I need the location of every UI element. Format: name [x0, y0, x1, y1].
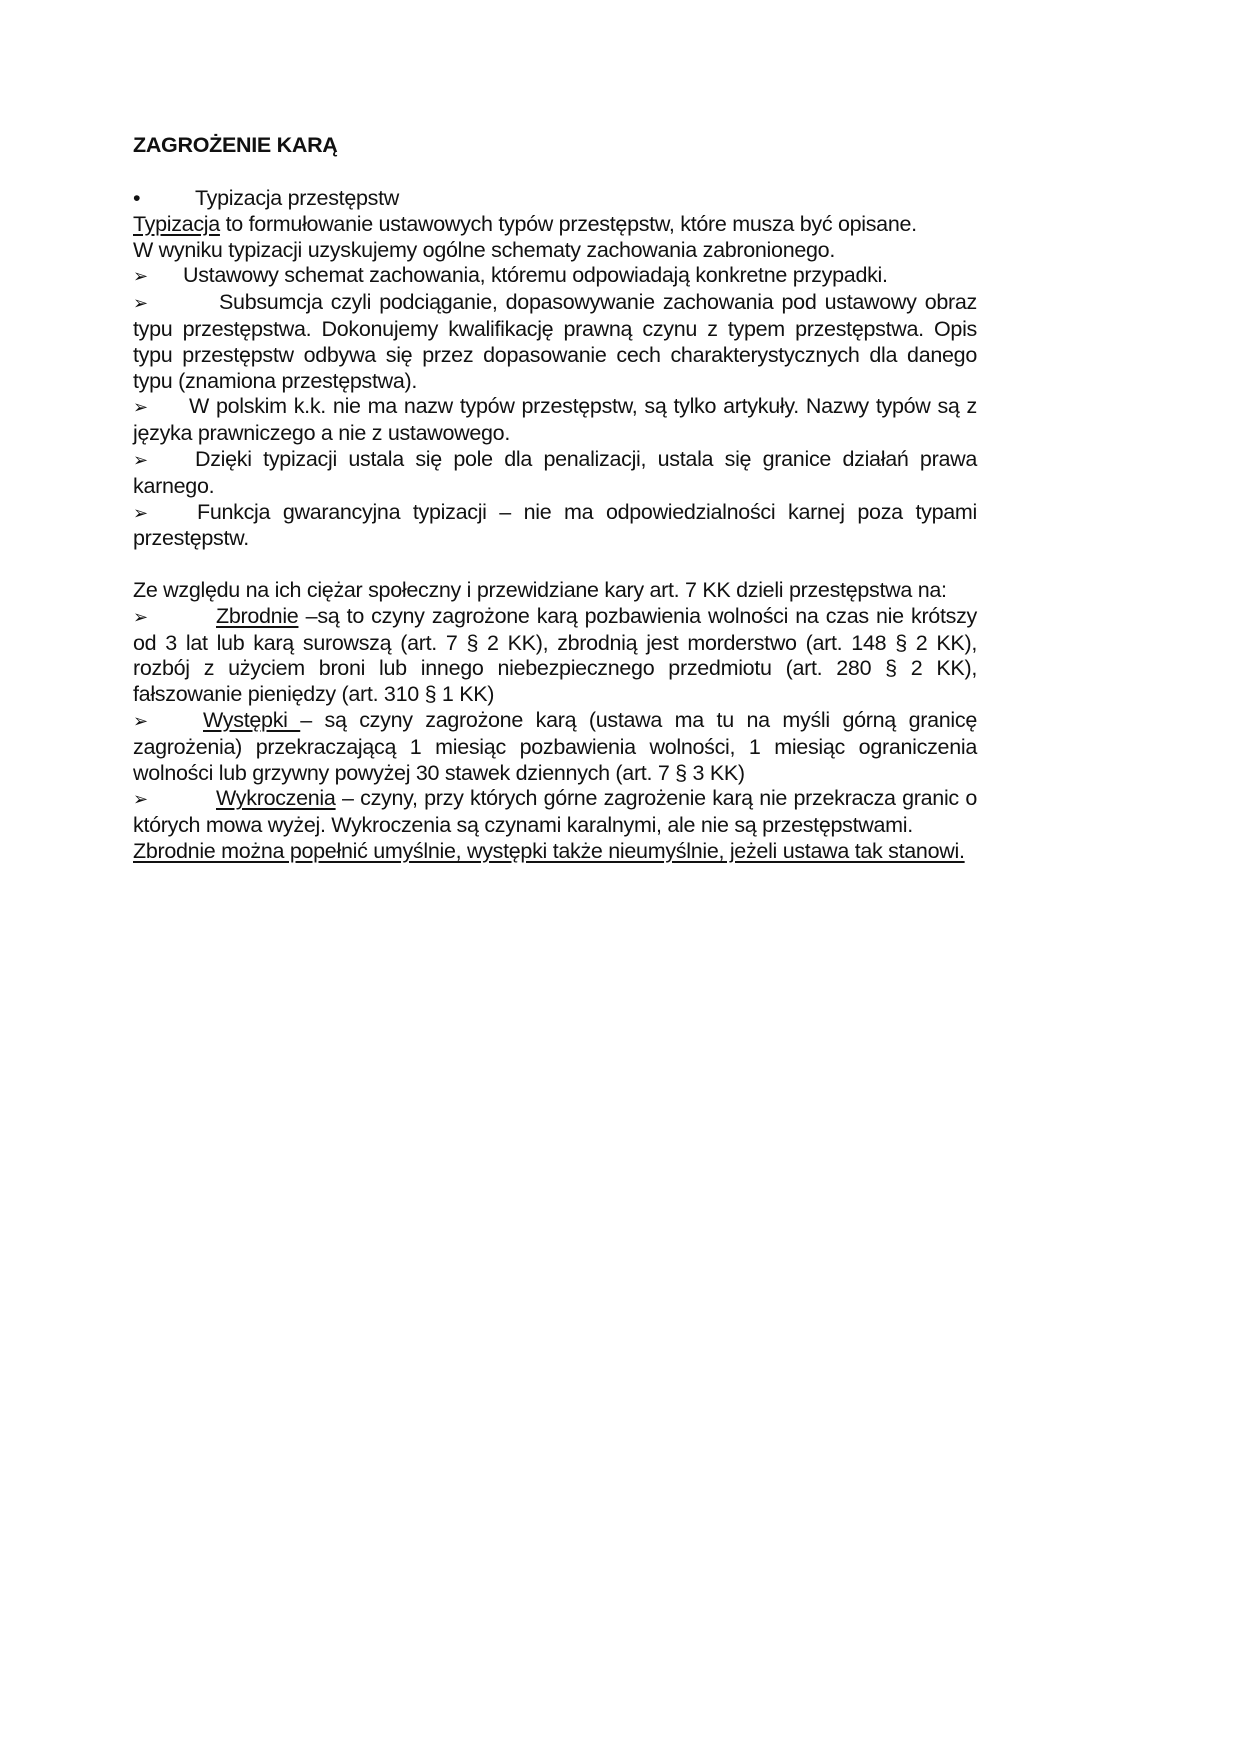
category-wykroczenia: ➢Wykroczenia – czyny, przy których górne…: [133, 786, 977, 839]
point-5: ➢Funkcja gwarancyjna typizacji – nie ma …: [133, 500, 977, 553]
point-2: ➢Subsumcja czyli podciąganie, dopasowywa…: [133, 290, 977, 394]
point-4: ➢Dzięki typizacji ustala się pole dla pe…: [133, 447, 977, 500]
closing-note: Zbrodnie można popełnić umyślnie, występ…: [133, 839, 977, 865]
term-typizacja: Typizacja: [133, 212, 220, 236]
arrow-bullet-icon: ➢: [133, 264, 183, 290]
intro-paragraph: Typizacja to formułowanie ustawowych typ…: [133, 212, 977, 238]
arrow-bullet-icon: ➢: [133, 395, 189, 421]
term-wystepki: Występki: [203, 708, 300, 732]
arrow-bullet-icon: ➢: [133, 605, 216, 631]
arrow-bullet-icon: ➢: [133, 448, 195, 474]
point-text: W polskim k.k. nie ma nazw typów przestę…: [133, 394, 977, 445]
arrow-bullet-icon: ➢: [133, 709, 203, 735]
division-intro: Ze względu na ich ciężar społeczny i prz…: [133, 578, 977, 604]
point-text: Subsumcja czyli podciąganie, dopasowywan…: [133, 290, 977, 392]
arrow-bullet-icon: ➢: [133, 787, 216, 813]
section-heading-text: Typizacja przestępstw: [195, 186, 399, 210]
term-zbrodnie: Zbrodnie: [216, 604, 298, 628]
intro-line-2: W wyniku typizacji uzyskujemy ogólne sch…: [133, 238, 977, 264]
term-wykroczenia: Wykroczenia: [216, 786, 336, 810]
section-heading: •Typizacja przestępstw: [133, 186, 977, 212]
intro-text: to formułowanie ustawowych typów przestę…: [220, 212, 917, 236]
arrow-bullet-icon: ➢: [133, 501, 197, 527]
bullet-icon: •: [133, 186, 195, 212]
point-3: ➢W polskim k.k. nie ma nazw typów przest…: [133, 394, 977, 447]
category-zbrodnie: ➢Zbrodnie –są to czyny zagrożone karą po…: [133, 604, 977, 708]
document-page: ZAGROŻENIE KARĄ •Typizacja przestępstw T…: [133, 130, 977, 865]
point-1: ➢Ustawowy schemat zachowania, któremu od…: [133, 263, 977, 290]
arrow-bullet-icon: ➢: [133, 291, 219, 317]
point-text: Ustawowy schemat zachowania, któremu odp…: [183, 263, 888, 287]
point-text: Dzięki typizacji ustala się pole dla pen…: [133, 447, 977, 498]
category-wystepki: ➢Występki – są czyny zagrożone karą (ust…: [133, 708, 977, 786]
point-text: Funkcja gwarancyjna typizacji – nie ma o…: [133, 500, 977, 551]
document-title: ZAGROŻENIE KARĄ: [133, 130, 977, 160]
spacer: [133, 552, 977, 578]
